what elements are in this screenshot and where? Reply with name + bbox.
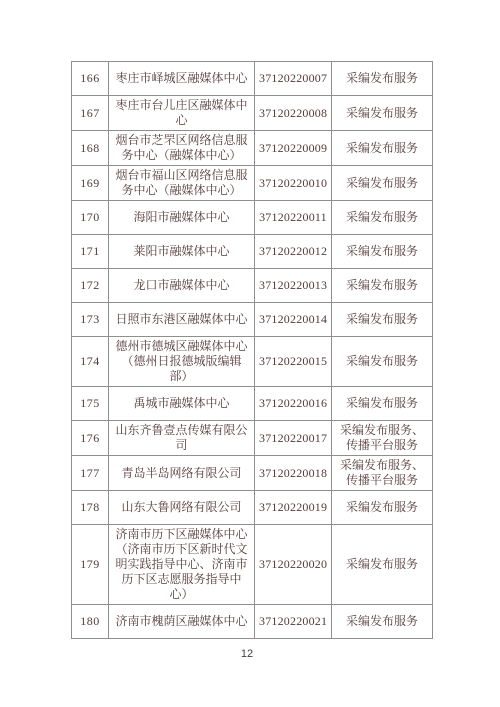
table-row: 168 烟台市芝罘区网络信息服务中心（融媒体中心） 37120220009 采编… (72, 131, 433, 166)
org-name-cell: 枣庄市峄城区融媒体中心 (109, 62, 255, 96)
org-name-cell: 烟台市芝罘区网络信息服务中心（融媒体中心） (109, 131, 255, 166)
service-type-cell: 采编发布服务 (332, 387, 433, 421)
row-number-cell: 170 (72, 201, 109, 235)
table-row: 176 山东齐鲁壹点传媒有限公司 37120220017 采编发布服务、传播平台… (72, 421, 433, 456)
table-row: 166 枣庄市峄城区融媒体中心 37120220007 采编发布服务 (72, 62, 433, 96)
service-type-cell: 采编发布服务 (332, 491, 433, 525)
table-row: 172 龙口市融媒体中心 37120220013 采编发布服务 (72, 269, 433, 303)
row-number-cell: 171 (72, 235, 109, 269)
table-row: 170 海阳市融媒体中心 37120220011 采编发布服务 (72, 201, 433, 235)
license-number-cell: 37120220009 (255, 131, 332, 166)
service-type-cell: 采编发布服务 (332, 605, 433, 639)
document-page: 166 枣庄市峄城区融媒体中心 37120220007 采编发布服务 167 枣… (0, 0, 500, 707)
license-number-cell: 37120220021 (255, 605, 332, 639)
table-row: 169 烟台市福山区网络信息服务中心（融媒体中心） 37120220010 采编… (72, 166, 433, 201)
service-type-cell: 采编发布服务、传播平台服务 (332, 456, 433, 491)
table-row: 179 济南市历下区融媒体中心（济南市历下区新时代文明实践指导中心、济南市历下区… (72, 525, 433, 605)
service-type-cell: 采编发布服务 (332, 201, 433, 235)
service-type-cell: 采编发布服务 (332, 269, 433, 303)
license-number-cell: 37120220019 (255, 491, 332, 525)
org-name-cell: 日照市东港区融媒体中心 (109, 303, 255, 337)
table-row: 175 禹城市融媒体中心 37120220016 采编发布服务 (72, 387, 433, 421)
license-number-cell: 37120220017 (255, 421, 332, 456)
page-number: 12 (0, 648, 494, 660)
org-name-cell: 烟台市福山区网络信息服务中心（融媒体中心） (109, 166, 255, 201)
org-name-cell: 海阳市融媒体中心 (109, 201, 255, 235)
row-number-cell: 168 (72, 131, 109, 166)
license-number-cell: 37120220013 (255, 269, 332, 303)
row-number-cell: 174 (72, 337, 109, 387)
license-table: 166 枣庄市峄城区融媒体中心 37120220007 采编发布服务 167 枣… (71, 61, 433, 639)
row-number-cell: 176 (72, 421, 109, 456)
license-number-cell: 37120220018 (255, 456, 332, 491)
org-name-cell: 山东齐鲁壹点传媒有限公司 (109, 421, 255, 456)
org-name-cell: 莱阳市融媒体中心 (109, 235, 255, 269)
service-type-cell: 采编发布服务 (332, 131, 433, 166)
table-row: 178 山东大鲁网络有限公司 37120220019 采编发布服务 (72, 491, 433, 525)
row-number-cell: 166 (72, 62, 109, 96)
org-name-cell: 德州市德城区融媒体中心（德州日报德城版编辑部） (109, 337, 255, 387)
license-number-cell: 37120220008 (255, 96, 332, 131)
license-number-cell: 37120220010 (255, 166, 332, 201)
org-name-cell: 济南市历下区融媒体中心（济南市历下区新时代文明实践指导中心、济南市历下区志愿服务… (109, 525, 255, 605)
org-name-cell: 济南市槐荫区融媒体中心 (109, 605, 255, 639)
row-number-cell: 173 (72, 303, 109, 337)
table-row: 177 青岛半岛网络有限公司 37120220018 采编发布服务、传播平台服务 (72, 456, 433, 491)
table-row: 171 莱阳市融媒体中心 37120220012 采编发布服务 (72, 235, 433, 269)
org-name-cell: 龙口市融媒体中心 (109, 269, 255, 303)
license-number-cell: 37120220016 (255, 387, 332, 421)
service-type-cell: 采编发布服务 (332, 303, 433, 337)
service-type-cell: 采编发布服务 (332, 337, 433, 387)
license-number-cell: 37120220020 (255, 525, 332, 605)
service-type-cell: 采编发布服务、传播平台服务 (332, 421, 433, 456)
table-row: 174 德州市德城区融媒体中心（德州日报德城版编辑部） 37120220015 … (72, 337, 433, 387)
license-number-cell: 37120220007 (255, 62, 332, 96)
row-number-cell: 175 (72, 387, 109, 421)
license-table-body: 166 枣庄市峄城区融媒体中心 37120220007 采编发布服务 167 枣… (72, 62, 433, 639)
table-row: 180 济南市槐荫区融媒体中心 37120220021 采编发布服务 (72, 605, 433, 639)
row-number-cell: 172 (72, 269, 109, 303)
row-number-cell: 178 (72, 491, 109, 525)
license-number-cell: 37120220014 (255, 303, 332, 337)
org-name-cell: 禹城市融媒体中心 (109, 387, 255, 421)
service-type-cell: 采编发布服务 (332, 62, 433, 96)
org-name-cell: 枣庄市台儿庄区融媒体中心 (109, 96, 255, 131)
service-type-cell: 采编发布服务 (332, 96, 433, 131)
row-number-cell: 179 (72, 525, 109, 605)
row-number-cell: 180 (72, 605, 109, 639)
service-type-cell: 采编发布服务 (332, 235, 433, 269)
row-number-cell: 177 (72, 456, 109, 491)
org-name-cell: 山东大鲁网络有限公司 (109, 491, 255, 525)
org-name-cell: 青岛半岛网络有限公司 (109, 456, 255, 491)
table-row: 167 枣庄市台儿庄区融媒体中心 37120220008 采编发布服务 (72, 96, 433, 131)
license-number-cell: 37120220011 (255, 201, 332, 235)
table-row: 173 日照市东港区融媒体中心 37120220014 采编发布服务 (72, 303, 433, 337)
service-type-cell: 采编发布服务 (332, 166, 433, 201)
row-number-cell: 169 (72, 166, 109, 201)
license-number-cell: 37120220015 (255, 337, 332, 387)
license-number-cell: 37120220012 (255, 235, 332, 269)
row-number-cell: 167 (72, 96, 109, 131)
service-type-cell: 采编发布服务 (332, 525, 433, 605)
